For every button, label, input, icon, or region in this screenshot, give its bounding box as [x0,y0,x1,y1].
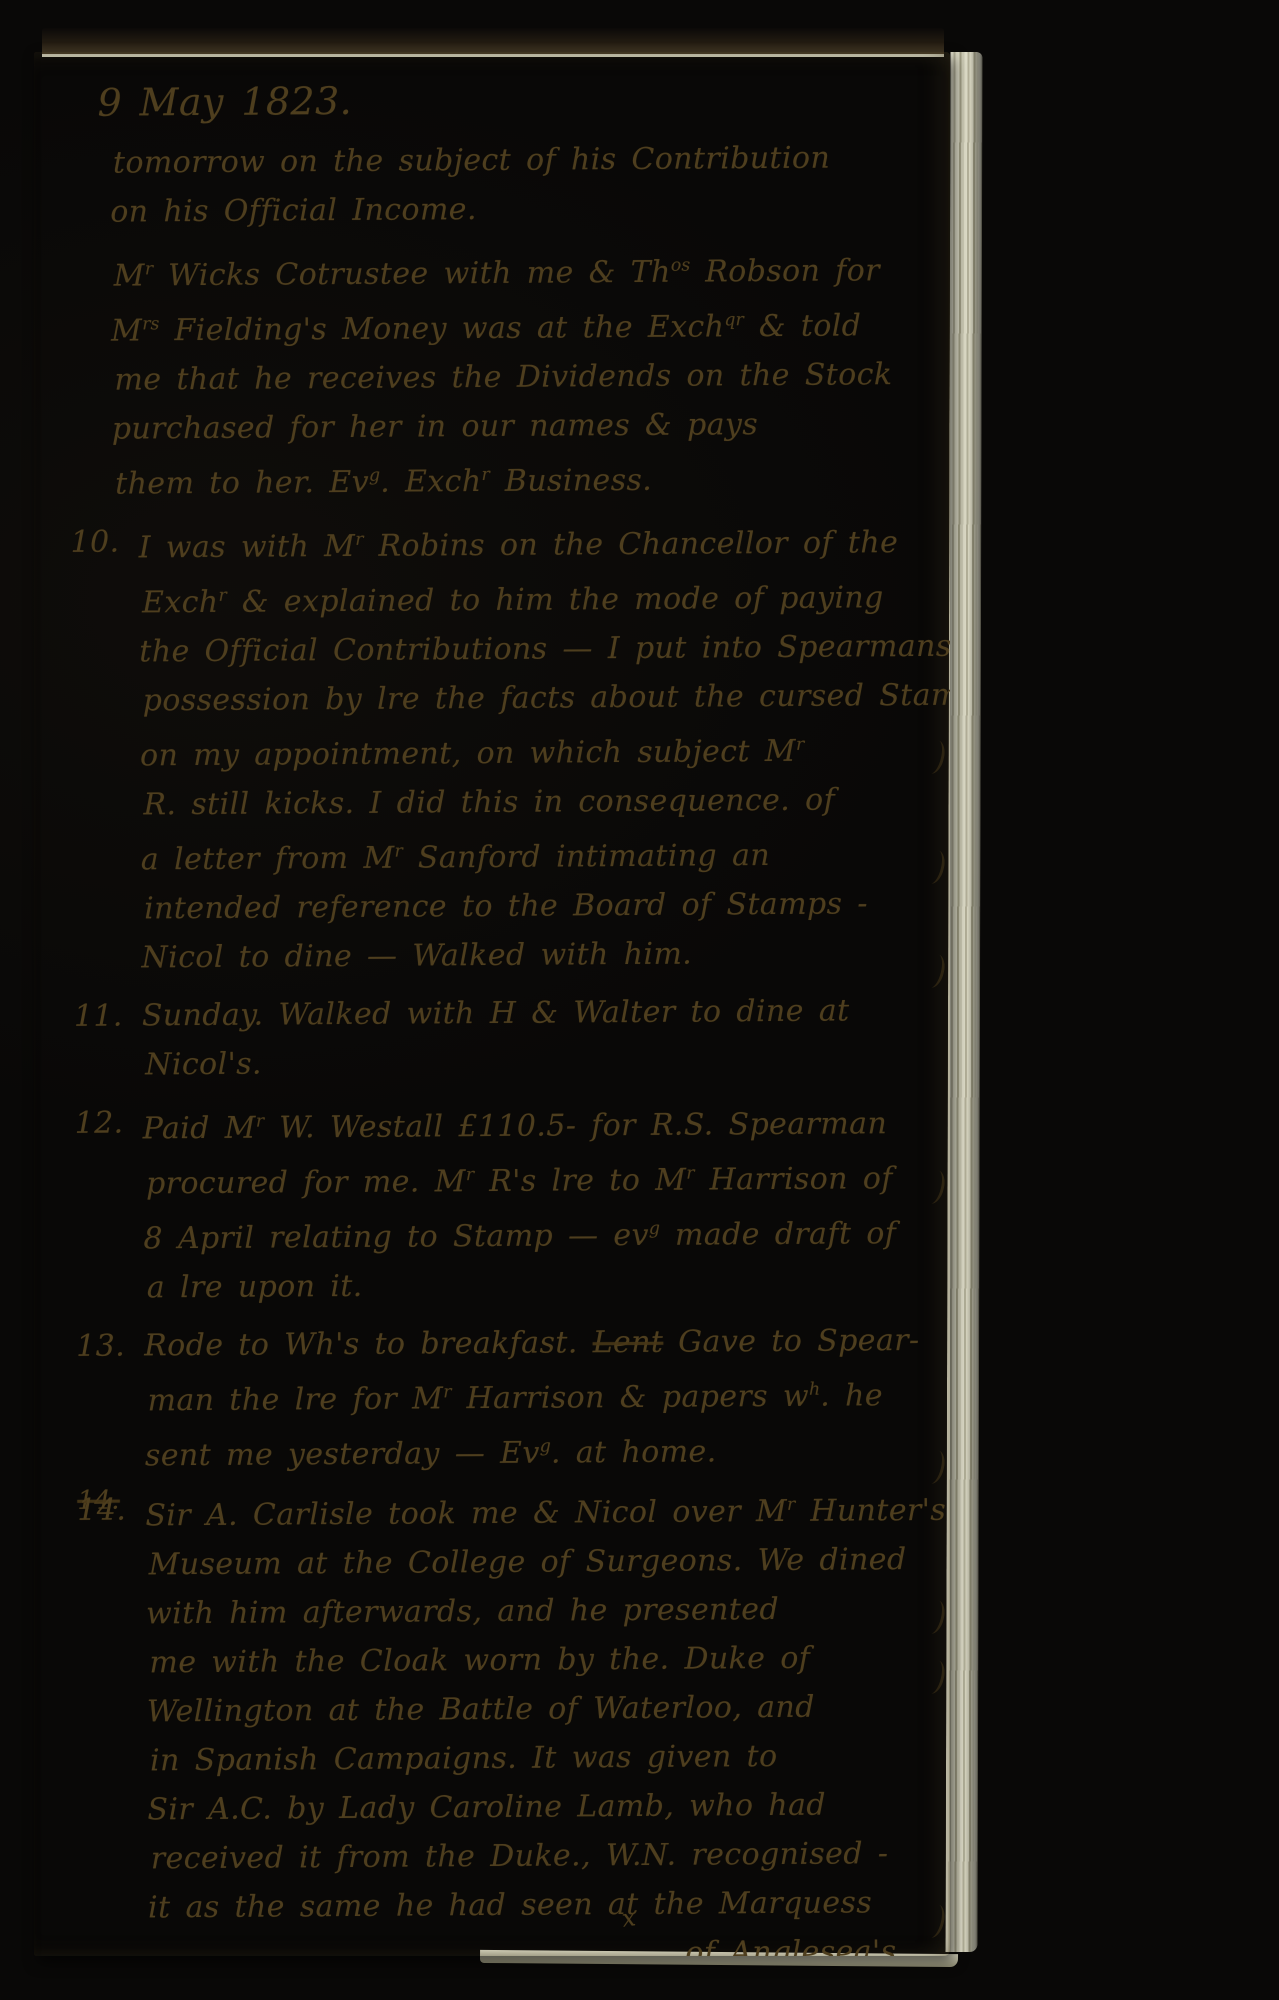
manuscript-line: me with the Cloak worn by the. Duke of [149,1633,908,1687]
entries: tomorrow on the subject of his Contribut… [64,133,911,1956]
manuscript-line: procured for me. Mr R's lre to Mr Harris… [146,1148,905,1208]
ink-bleed-mark [921,738,948,776]
ink-bleed-mark [921,1902,948,1940]
manuscript-line: sent me yesterday — Evg. at home. [145,1420,907,1480]
manuscript-line: Exchr & explained to him the mode of pay… [142,567,901,627]
manuscript-line: Paid Mr W. Westall £110.5- for R.S. Spea… [142,1093,904,1153]
manuscript-line: possession by lre the facts about the cu… [143,671,902,725]
date-heading: 9 May 1823. [63,69,897,131]
scanned-manuscript-page: { "document": { "date_heading": "9 May 1… [0,0,1279,2000]
manuscript-line: on his Official Income. [110,182,898,237]
manuscript-paper: 9 May 1823. tomorrow on the subject of h… [34,52,950,1956]
struck-text: Lent [593,1325,664,1360]
diary-entry: 14.Sir A. Carlisle took me & Nicol over … [73,1480,910,1956]
manuscript-line: received it from the Duke., W.N. recogni… [151,1829,910,1883]
ink-bleed-mark [921,1598,948,1636]
manuscript-line: on my appointment, on which subject Mr [140,720,902,780]
manuscript-line: tomorrow on the subject of his Contribut… [113,133,898,187]
ink-bleed-mark [921,952,948,990]
manuscript-line: the Official Contributions — I put into … [139,622,901,676]
manuscript-line: in Spanish Campaigns. It was given to [150,1731,909,1785]
entry-number: 10. [70,518,119,567]
manuscript-line: me that he receives the Dividends on the… [114,350,899,404]
manuscript-content: 9 May 1823. tomorrow on the subject of h… [63,69,910,1956]
ink-bleed-mark [921,1658,948,1696]
diary-entry: 10.I was with Mr Robins on the Chancello… [66,512,903,983]
manuscript-line: a letter from Mr Sanford intimating an [141,824,903,884]
manuscript-line: Sunday. Walked with H & Walter to dine a… [142,986,904,1040]
manuscript-line: a lre upon it. [147,1258,906,1312]
manuscript-line: them to her. Evg. Exchr Business. [115,448,900,508]
manuscript-line: Nicol to dine — Walked with him. [141,928,903,982]
manuscript-line: purchased for her in our names & pays [112,399,900,454]
manuscript-line: Museum at the College of Surgeons. We di… [149,1535,908,1589]
manuscript-line: intended reference to the Board of Stamp… [144,879,903,933]
diary-entry: tomorrow on the subject of his Contribut… [64,133,899,237]
ink-bleed-mark [921,1168,948,1206]
manuscript-line: 8 April relating to Stamp — evg made dra… [143,1203,905,1263]
manuscript-line: Rode to Wh's to breakfast. Lent Gave to … [144,1316,906,1370]
manuscript-line: it as the same he had seen at the Marque… [148,1878,910,1932]
manuscript-line: Sir A. Carlisle took me & Nicol over Mr … [145,1480,907,1540]
manuscript-line: Mr Wicks Cotrustee with me & Thos Robson… [114,240,899,300]
manuscript-line: Mrs Fielding's Money was at the Exchqr &… [111,295,899,355]
page-edge-stack [946,52,983,1952]
diary-entry: 13.Rode to Wh's to breakfast. Lent Gave … [72,1316,907,1481]
diary-entry: 11.Sunday. Walked with H & Walter to din… [70,986,905,1090]
manuscript-line: R. still kicks. I did this in consequenc… [143,775,902,829]
manuscript-line: Nicol's. [145,1035,904,1089]
ink-bleed-mark [921,848,948,886]
entry-number: 13. [76,1322,125,1371]
diary-entry: Mr Wicks Cotrustee with me & Thos Robson… [65,240,901,509]
manuscript-line: with him afterwards, and he presented [146,1584,908,1638]
ink-bleed-mark [921,1448,948,1486]
entry-number: 14. [77,1486,126,1535]
manuscript-line: man the lre for Mr Harrison & papers wh.… [147,1365,906,1425]
entry-number: 12. [74,1099,123,1148]
manuscript-line: Wellington at the Battle of Waterloo, an… [147,1682,909,1736]
manuscript-line: I was with Mr Robins on the Chancellor o… [138,512,900,572]
manuscript-line: Sir A.C. by Lady Caroline Lamb, who had [147,1780,909,1834]
diary-entry: 12.Paid Mr W. Westall £110.5- for R.S. S… [70,1093,905,1313]
entry-number: 11. [74,992,123,1041]
